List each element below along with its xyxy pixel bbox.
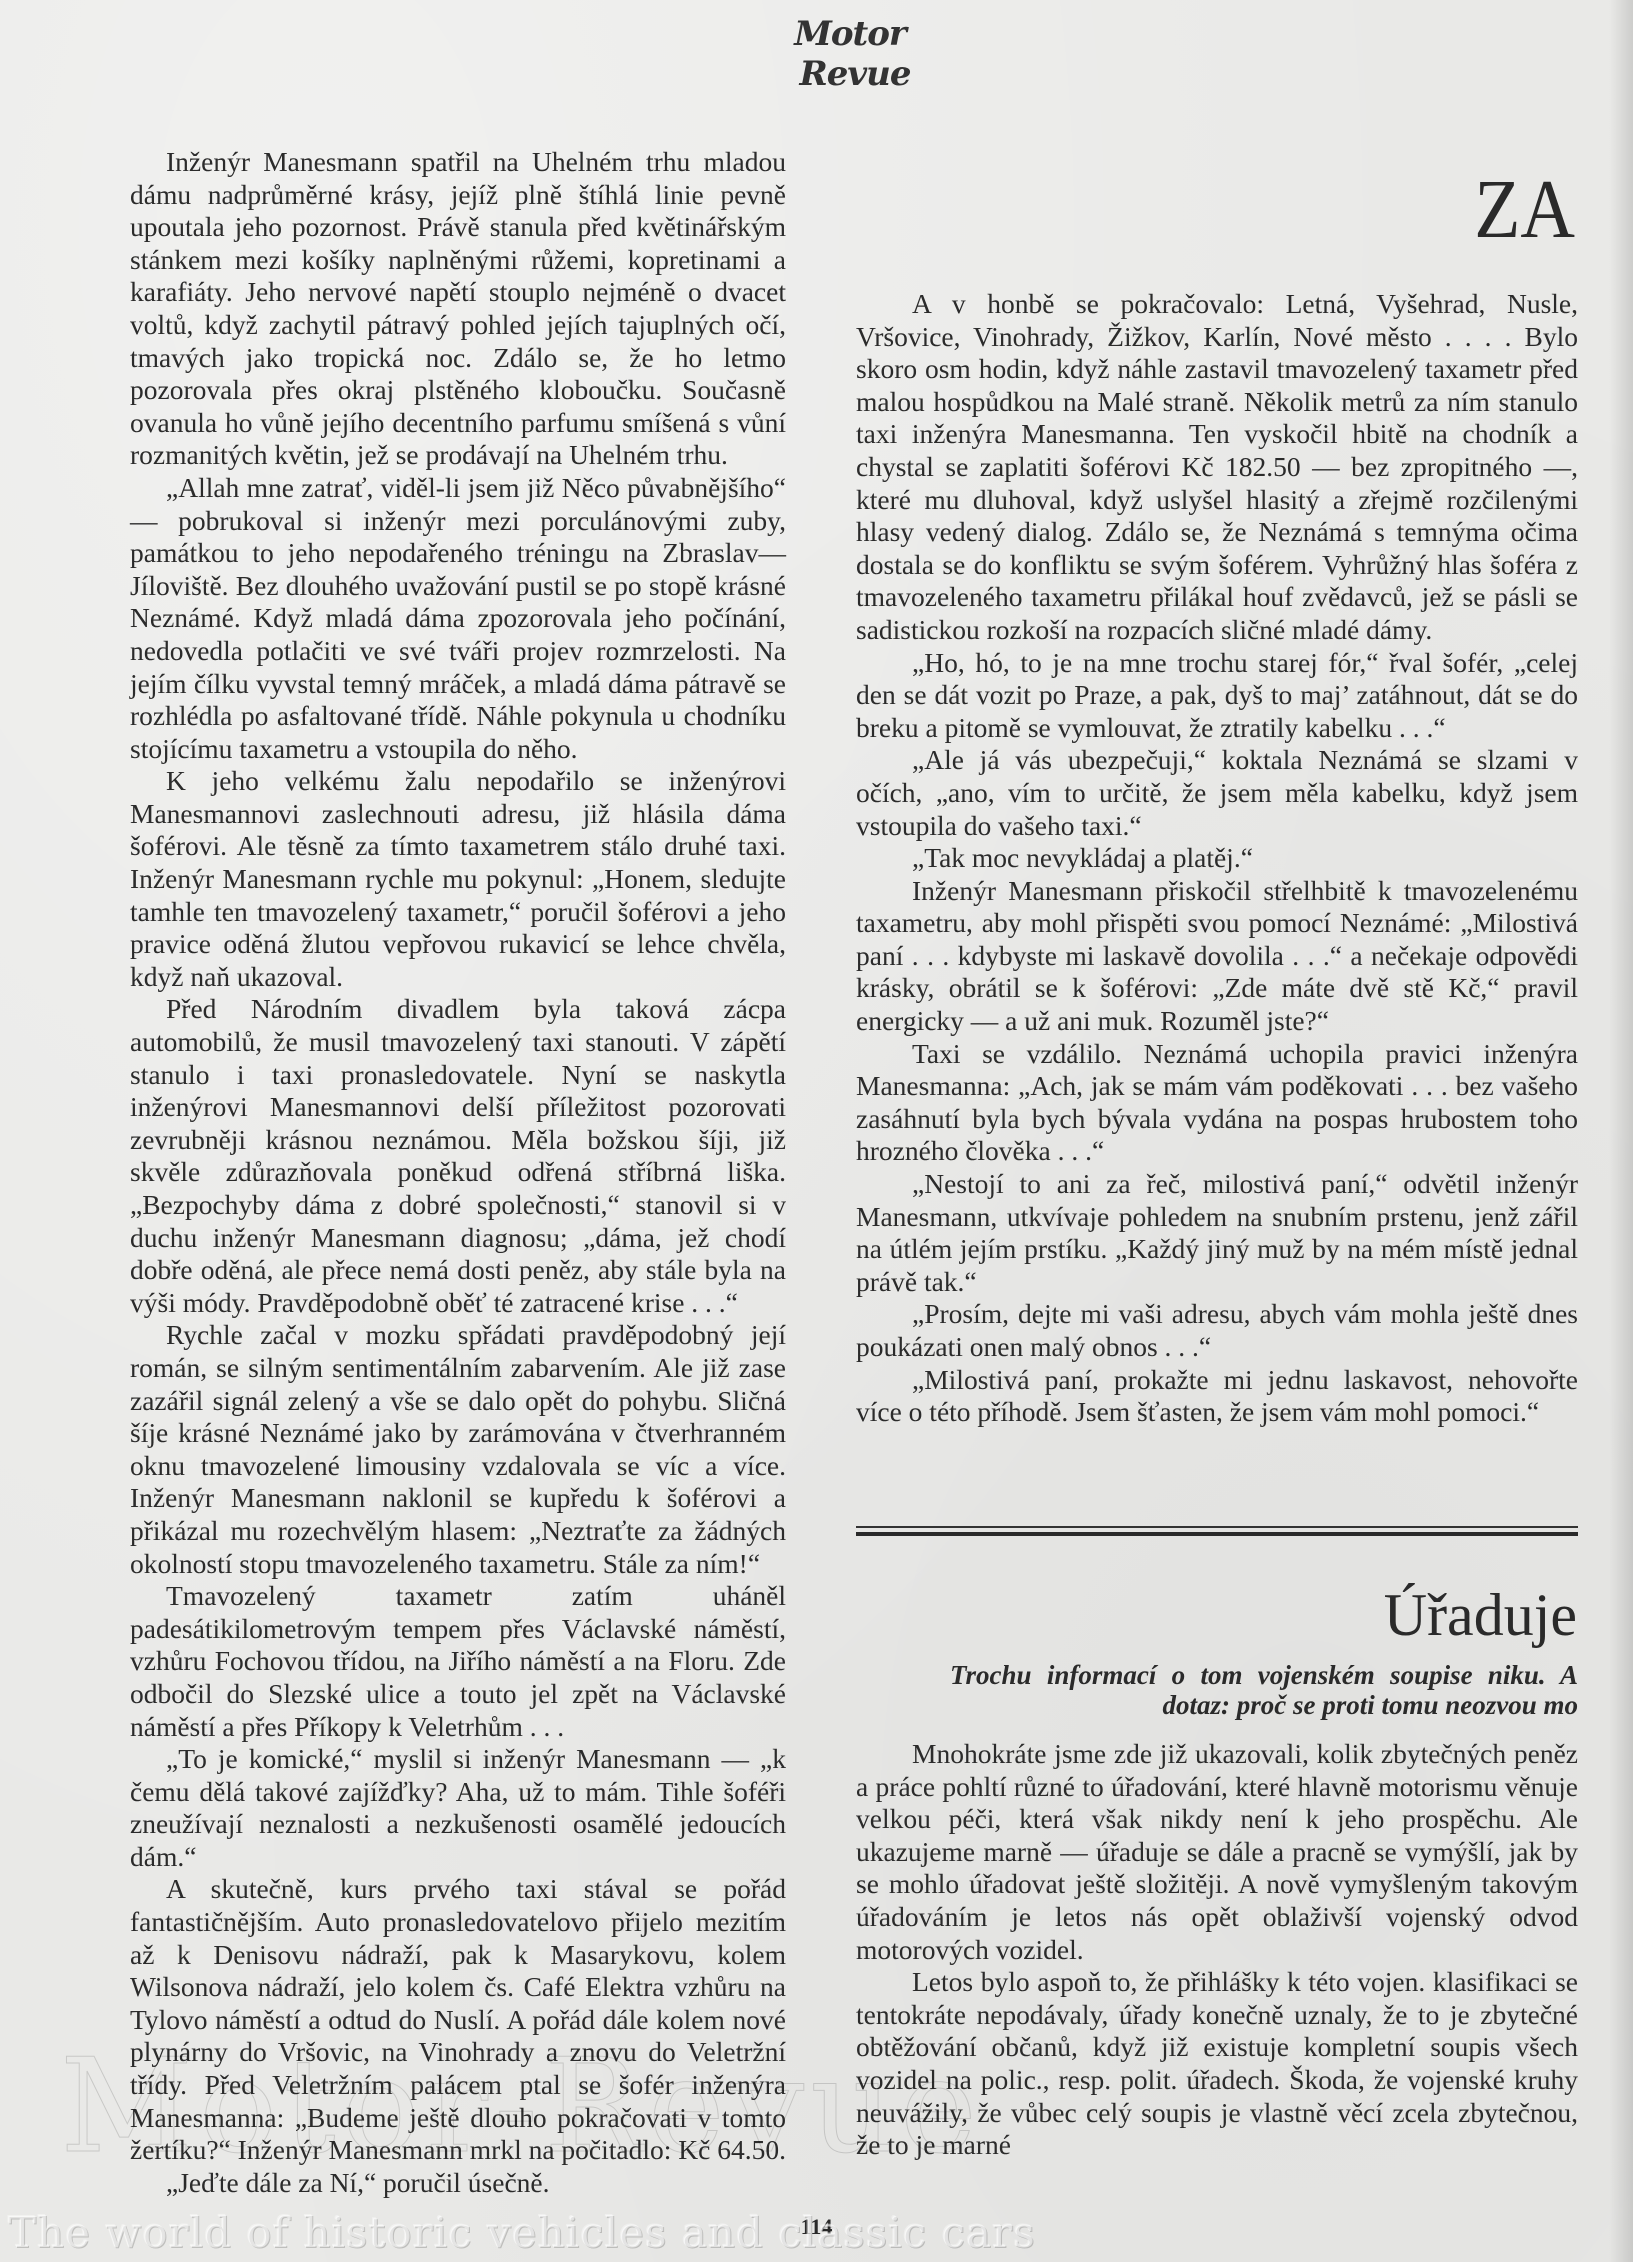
article-za-right-column: A v honbě se pokračovalo: Letná, Vyšehra… (856, 288, 1578, 1429)
masthead-line-motor: Motor (720, 14, 980, 54)
paragraph: Taxi se vzdálilo. Neznámá uchopila pravi… (856, 1038, 1578, 1168)
article-title-uraduje: Úřaduje (1384, 1583, 1577, 1647)
paragraph: „Allah mne zatrať, viděl-li jsem již Něc… (130, 472, 786, 765)
paragraph: Tmavozelený taxametr zatím uháněl padesá… (130, 1580, 786, 1743)
page-edge-shadow (1609, 0, 1633, 2262)
paragraph: K jeho velkému žalu nepodařilo se inžený… (130, 765, 786, 993)
article-title-za: ZA (1474, 168, 1575, 252)
paragraph: A skutečně, kurs prvého taxi stával se p… (130, 1873, 786, 2166)
section-divider-thick (856, 1532, 1578, 1536)
watermark-text: The world of historic vehicles and class… (8, 2208, 1036, 2257)
paragraph: Mnohokráte jsme zde již ukazovali, kolik… (856, 1738, 1578, 1966)
article-uraduje-body: Mnohokráte jsme zde již ukazovali, kolik… (856, 1738, 1578, 2162)
masthead-line-revue: Revue (730, 54, 980, 94)
masthead-logo: Motor Revue (720, 14, 980, 94)
paragraph: Inženýr Manesmann přiskočil střelhbitě k… (856, 875, 1578, 1038)
paragraph: „Ho, hó, to je na mne trochu starej fór,… (856, 647, 1578, 745)
paragraph: Letos bylo aspoň to, že přihlášky k této… (856, 1966, 1578, 2162)
paragraph: Rychle začal v mozku spřádati pravděpodo… (130, 1319, 786, 1580)
paragraph: „Jeďte dále za Ní,“ poručil úsečně. (130, 2167, 786, 2200)
paragraph: „Milostivá paní, prokažte mi jednu laska… (856, 1364, 1578, 1429)
paragraph: A v honbě se pokračovalo: Letná, Vyšehra… (856, 288, 1578, 647)
paragraph: Inženýr Manesmann spatřil na Uhelném trh… (130, 146, 786, 472)
paragraph: „Tak moc nevykládaj a platěj.“ (856, 842, 1578, 875)
article-lead: Trochu informací o tom vojenském soupise… (950, 1660, 1578, 1720)
paragraph: „Nestojí to ani za řeč, milostivá paní,“… (856, 1168, 1578, 1298)
article-za-left-column: Inženýr Manesmann spatřil na Uhelném trh… (130, 146, 786, 2199)
section-divider-thin (856, 1526, 1578, 1528)
paragraph: „Prosím, dejte mi vaši adresu, abych vám… (856, 1298, 1578, 1363)
paragraph: „Ale já vás ubezpečuji,“ koktala Neznámá… (856, 744, 1578, 842)
paragraph: „To je komické,“ myslil si inženýr Manes… (130, 1743, 786, 1873)
paragraph: Před Národním divadlem byla taková zácpa… (130, 993, 786, 1319)
